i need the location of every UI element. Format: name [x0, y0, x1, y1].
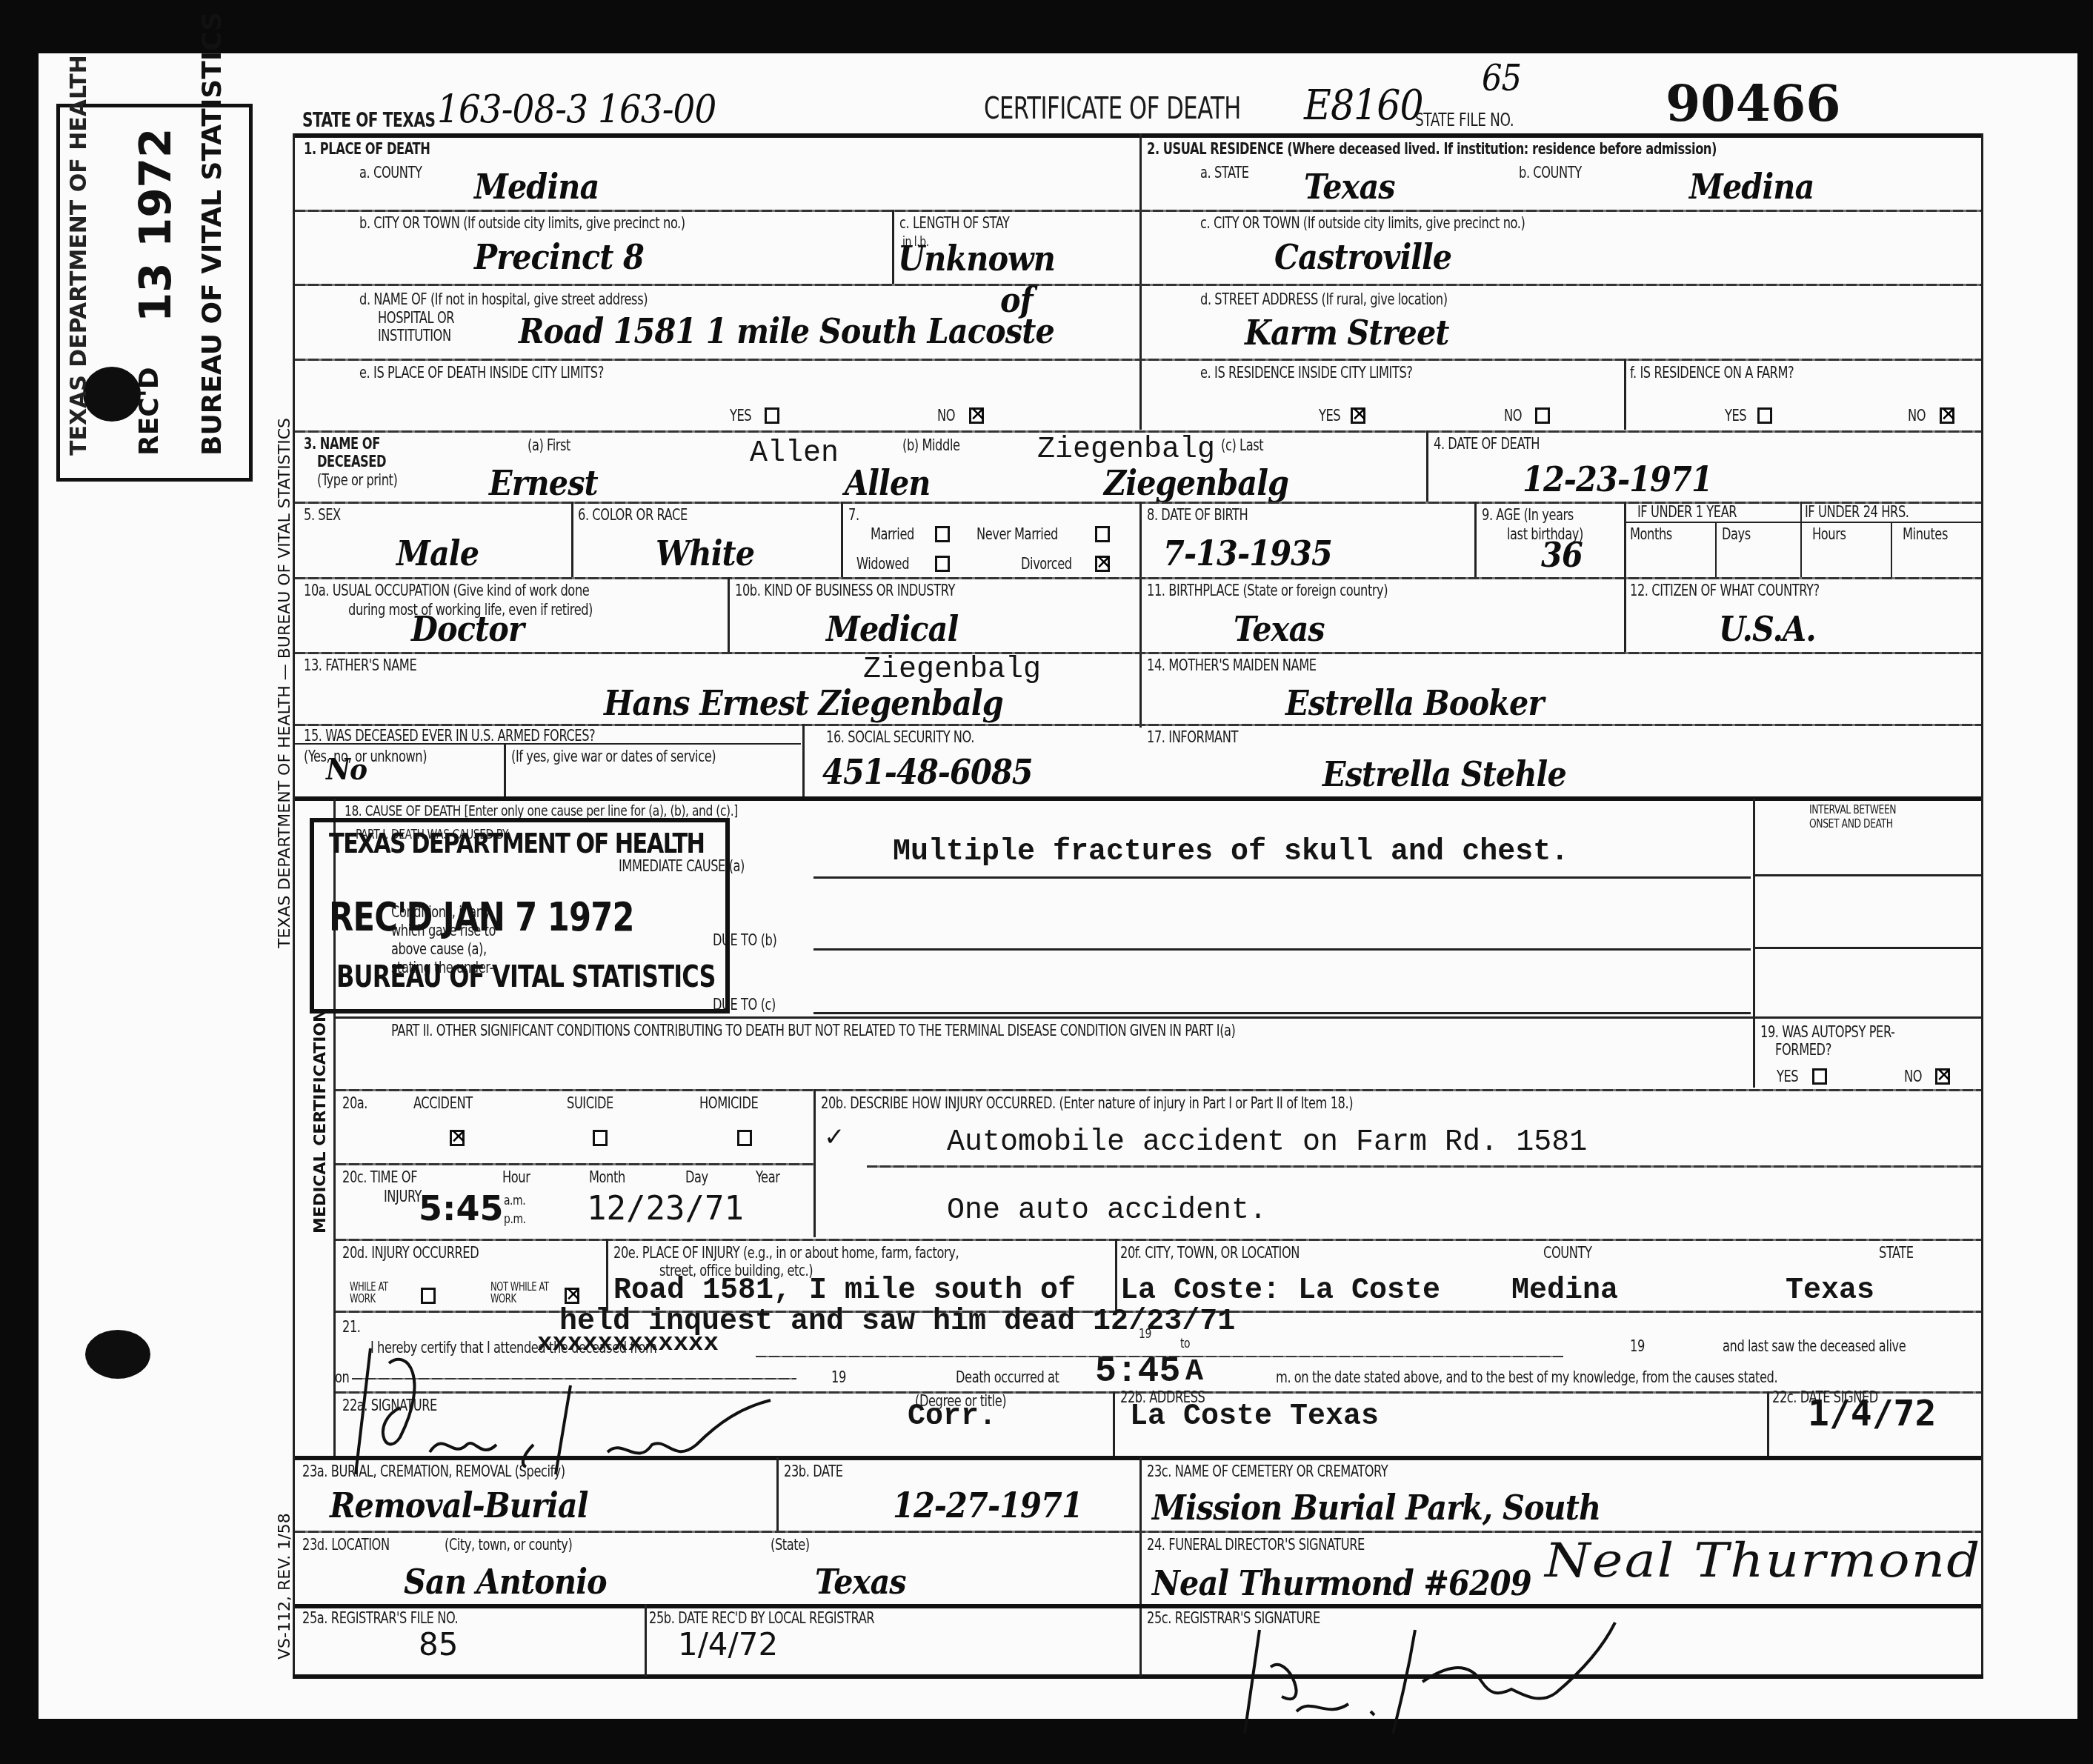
res-yes-label: YES — [1319, 407, 1340, 424]
armed-forces-value: No — [326, 752, 367, 787]
minutes-label: Minutes — [1903, 526, 1948, 542]
state-of-texas-label: STATE OF TEXAS — [302, 111, 436, 131]
stamp-date-text: 13 1972 — [130, 128, 181, 322]
interval-label-2: ONSET AND DEATH — [1809, 818, 1893, 831]
location-state-value: Texas — [815, 1562, 906, 1602]
res-farm-label: f. IS RESIDENCE ON A FARM? — [1630, 365, 1794, 381]
days-label: Days — [1722, 526, 1751, 542]
divider — [295, 1604, 1981, 1608]
time-of-injury-label-1: 20c. TIME OF — [342, 1169, 417, 1185]
cemetery-label: 23c. NAME OF CEMETERY OR CREMATORY — [1147, 1463, 1388, 1480]
res-inside-yes-checkbox[interactable] — [1351, 407, 1365, 424]
age-label-1: 9. AGE (In years — [1482, 507, 1574, 523]
form-top-border — [293, 133, 1983, 138]
cemetery-value: Mission Burial Park, South — [1152, 1488, 1600, 1528]
pod-inside-no-checkbox[interactable] — [969, 407, 984, 424]
registrar-signature — [1200, 1585, 1682, 1734]
marital-label: 7. — [848, 507, 859, 523]
divorced-checkbox[interactable] — [1095, 556, 1110, 572]
date-recd-value: 1/4/72 — [678, 1626, 778, 1663]
never-married-checkbox[interactable] — [1095, 526, 1110, 542]
death-occurred-ampm: A — [1185, 1356, 1203, 1389]
divider — [336, 1016, 1981, 1019]
divider — [295, 1456, 1981, 1460]
divider — [1193, 1356, 1563, 1357]
suicide-label: SUICIDE — [567, 1095, 613, 1111]
res-inside-no-checkbox[interactable] — [1535, 407, 1550, 424]
form-right-border — [1981, 133, 1983, 1679]
handwritten-above-note: 65 — [1482, 58, 1521, 99]
stamp-dept-text: TEXAS DEPARTMENT OF HEALTH — [66, 55, 92, 456]
state-file-number: 90466 — [1666, 74, 1841, 133]
divider — [1139, 1457, 1142, 1677]
res-street-value: Karm Street — [1245, 313, 1449, 353]
res-state-label: a. STATE — [1200, 164, 1249, 181]
autopsy-no-label: NO — [1904, 1068, 1922, 1085]
death-occurred-label: Death occurred at — [956, 1369, 1059, 1385]
first-name-value: Ernest — [489, 463, 598, 503]
homicide-label: HOMICIDE — [699, 1095, 758, 1111]
divider — [295, 359, 1981, 361]
mother-value: Estrella Booker — [1285, 683, 1543, 723]
death-occurred-value: 5:45 — [1095, 1352, 1180, 1392]
divider — [728, 577, 730, 652]
form-bottom-border — [293, 1674, 1983, 1679]
location-value: San Antonio — [404, 1562, 607, 1602]
certify-19-c: 19 — [831, 1369, 846, 1385]
first-name-label: (a) First — [528, 437, 570, 453]
under-24-hrs-label: IF UNDER 24 HRS. — [1805, 504, 1909, 520]
certify-19-b: 19 — [1630, 1338, 1645, 1354]
divider — [295, 796, 1981, 801]
divider — [295, 743, 801, 745]
divider — [504, 743, 506, 797]
dob-label: 8. DATE OF BIRTH — [1147, 507, 1248, 523]
am-label: a.m. — [504, 1194, 525, 1208]
res-inside-limits-label: e. IS RESIDENCE INSIDE CITY LIMITS? — [1200, 365, 1413, 381]
res-farm-yes-checkbox[interactable] — [1757, 407, 1772, 424]
address-value: La Coste Texas — [1130, 1400, 1379, 1434]
father-label: 13. FATHER'S NAME — [304, 657, 416, 673]
race-value: White — [656, 533, 754, 573]
injury-state-label: STATE — [1879, 1245, 1914, 1261]
not-while-at-work-label: NOT WHILE AT WORK — [490, 1282, 554, 1305]
stamp-recd-text: REC'D — [134, 367, 164, 456]
place-of-injury-label-1: 20e. PLACE OF INJURY (e.g., in or about … — [613, 1245, 959, 1261]
cause-of-death-label: 18. CAUSE OF DEATH [Enter only one cause… — [345, 803, 738, 819]
month-label: Month — [589, 1169, 625, 1185]
place-of-injury-value: Road 1581, I mile south of — [613, 1274, 1076, 1308]
divider — [1753, 874, 1981, 876]
divider — [1624, 522, 1981, 523]
father-typed-value: Ziegenbalg — [863, 653, 1041, 687]
form-left-border — [293, 133, 295, 1679]
autopsy-yes-checkbox[interactable] — [1812, 1068, 1827, 1085]
divider — [841, 502, 843, 577]
divider — [1139, 133, 1142, 430]
funeral-director-signature: Neal Thurmond — [1545, 1534, 1982, 1588]
date-recd-label: 25b. DATE REC'D BY LOCAL REGISTRAR — [649, 1610, 874, 1626]
name-label-1: 3. NAME OF — [304, 436, 380, 452]
pod-hospital-label-1: d. NAME OF (If not in hospital, give str… — [359, 291, 648, 307]
injury-type-label: 20a. — [342, 1095, 367, 1111]
birthplace-label: 11. BIRTHPLACE (State or foreign country… — [1147, 582, 1388, 599]
name-label-2: DECEASED — [317, 453, 386, 470]
suicide-checkbox[interactable] — [593, 1130, 608, 1146]
describe-injury-line-2: One auto accident. — [947, 1194, 1267, 1228]
last-name-label: (c) Last — [1221, 437, 1263, 453]
divider — [1139, 502, 1142, 728]
divider — [1891, 522, 1892, 577]
married-label: Married — [871, 526, 914, 542]
interval-label-1: INTERVAL BETWEEN — [1809, 804, 1896, 816]
pod-city-value: Precinct 8 — [474, 237, 644, 277]
divider — [1474, 502, 1477, 577]
pod-hospital-label-2: HOSPITAL OR — [378, 310, 454, 326]
months-label: Months — [1630, 526, 1672, 542]
occupation-value: Doctor — [411, 609, 524, 649]
pm-label: p.m. — [504, 1213, 526, 1227]
divider — [1800, 502, 1802, 577]
business-label: 10b. KIND OF BUSINESS OR INDUSTRY — [735, 582, 955, 599]
location-label: 23d. LOCATION — [302, 1537, 390, 1553]
divider — [813, 1012, 1751, 1014]
divider — [1426, 430, 1428, 502]
injury-county-label: COUNTY — [1543, 1245, 1591, 1261]
stamp-cause-dept: TEXAS DEPARTMENT OF HEALTH — [329, 827, 704, 859]
margin-form-rev: VS-112, REV. 1/58 — [276, 1513, 294, 1660]
pod-hospital-value: Road 1581 1 mile South Lacoste — [519, 311, 1054, 351]
divider — [813, 1089, 816, 1237]
certify-to: to — [1180, 1337, 1190, 1351]
stamp-bureau-text: BUREAU OF VITAL STATISTICS — [197, 12, 227, 456]
divider — [1113, 1391, 1115, 1457]
middle-name-value: Allen — [845, 463, 931, 503]
divider — [645, 1604, 647, 1677]
divider — [571, 502, 573, 577]
divider — [295, 210, 1139, 212]
pod-city-label: b. CITY OR TOWN (If outside city limits,… — [359, 215, 685, 231]
describe-injury-line-1: Automobile accident on Farm Rd. 1581 — [947, 1126, 1587, 1159]
informant-label: 17. INFORMANT — [1147, 729, 1238, 745]
res-county-label: b. COUNTY — [1519, 164, 1582, 181]
divider — [776, 1457, 779, 1531]
time-of-injury-label-2: INJURY — [384, 1188, 422, 1205]
last-saw-text: and last saw the deceased alive — [1723, 1338, 1906, 1354]
date-of-death-label: 4. DATE OF DEATH — [1434, 436, 1540, 452]
divider — [1624, 502, 1626, 577]
res-state-value: Texas — [1304, 167, 1395, 207]
autopsy-no-checkbox[interactable] — [1935, 1068, 1950, 1085]
res-farm-no-label: NO — [1908, 407, 1926, 424]
divider — [336, 1239, 1981, 1241]
stamp-cause-date: REC'D JAN 7 1972 — [329, 893, 634, 940]
divider — [813, 876, 1751, 879]
burial-date-value: 12-27-1971 — [893, 1485, 1082, 1525]
dob-value: 7-13-1935 — [1163, 533, 1332, 573]
injury-state-value: Texas — [1786, 1274, 1874, 1308]
race-label: 6. COLOR OR RACE — [578, 507, 688, 523]
res-farm-no-checkbox[interactable] — [1940, 407, 1954, 424]
injury-date-value: 12/23/71 — [587, 1190, 744, 1228]
divider — [1624, 359, 1626, 430]
registrar-file-value: 85 — [419, 1626, 458, 1663]
accident-checkbox[interactable] — [450, 1130, 465, 1146]
state-sub-label: (State) — [771, 1537, 810, 1553]
burial-value: Removal-Burial — [330, 1485, 588, 1525]
citizen-value: U.S.A. — [1719, 609, 1816, 649]
widowed-label: Widowed — [856, 556, 909, 572]
punch-hole-bottom — [85, 1330, 150, 1379]
stamp-cause-bureau: BUREAU OF VITAL STATISTICS — [336, 960, 716, 994]
place-of-death-label: 1. PLACE OF DEATH — [304, 141, 430, 157]
divider — [1715, 522, 1717, 577]
homicide-checkbox[interactable] — [737, 1130, 752, 1146]
divorced-label: Divorced — [1021, 556, 1072, 572]
while-at-work-checkbox[interactable] — [421, 1288, 436, 1304]
immediate-cause-value: Multiple fractures of skull and chest. — [893, 836, 1568, 869]
ssn-value: 451-48-6085 — [822, 752, 1033, 792]
business-value: Medical — [826, 609, 958, 649]
ssn-label: 16. SOCIAL SECURITY NO. — [826, 729, 974, 745]
burial-date-label: 23b. DATE — [784, 1463, 843, 1480]
injury-city-label: 20f. CITY, TOWN, OR LOCATION — [1120, 1245, 1300, 1261]
citizen-label: 12. CITIZEN OF WHAT COUNTRY? — [1630, 582, 1820, 599]
divider — [295, 724, 1981, 726]
res-city-value: Castroville — [1274, 237, 1451, 277]
father-value: Hans Ernest Ziegenbalg — [604, 683, 1003, 723]
year-label: Year — [756, 1169, 779, 1185]
divider — [295, 577, 1981, 579]
divider — [1624, 577, 1626, 652]
certify-tail-text: m. on the date stated above, and to the … — [1276, 1369, 1777, 1385]
certify-num: 21. — [342, 1319, 361, 1335]
divider — [295, 1531, 1981, 1533]
degree-value: Corr. — [908, 1400, 996, 1434]
divider — [1139, 284, 1981, 286]
hour-label: Hour — [502, 1169, 530, 1185]
widowed-checkbox[interactable] — [935, 556, 950, 572]
mother-label: 14. MOTHER'S MAIDEN NAME — [1147, 657, 1317, 673]
divider — [336, 1089, 1981, 1091]
never-married-label: Never Married — [976, 526, 1058, 542]
location-sub-label: (City, town, or county) — [445, 1537, 572, 1553]
middle-name-label: (b) Middle — [902, 437, 960, 453]
res-farm-yes-label: YES — [1725, 407, 1746, 424]
while-at-work-label: WHILE AT WORK — [350, 1282, 401, 1305]
medical-certification-label: MEDICAL CERTIFICATION — [311, 1008, 330, 1234]
typed-middle-name: Allen — [750, 437, 839, 470]
divider — [606, 1239, 608, 1311]
residence-label: 2. USUAL RESIDENCE (Where deceased lived… — [1147, 141, 1717, 157]
divider — [813, 948, 1751, 951]
divider — [1767, 1391, 1769, 1457]
informant-value: Estrella Stehle — [1322, 754, 1566, 794]
typed-last-name: Ziegenbalg — [1037, 433, 1215, 467]
divider — [1753, 947, 1981, 949]
pod-county-value: Medina — [474, 167, 599, 207]
res-no-label: NO — [1504, 407, 1522, 424]
hours-label: Hours — [1812, 526, 1846, 542]
time-of-injury-value: 5:45 — [419, 1188, 503, 1228]
divider — [802, 724, 805, 797]
divider — [336, 1163, 813, 1165]
armed-forces-label: 15. WAS DECEASED EVER IN U.S. ARMED FORC… — [304, 728, 595, 744]
sex-value: Male — [396, 533, 479, 573]
margin-dept-text: TEXAS DEPARTMENT OF HEALTH — BUREAU OF V… — [276, 418, 294, 948]
occupation-label-1: 10a. USUAL OCCUPATION (Give kind of work… — [304, 582, 589, 599]
handwritten-title-note: E8160 — [1304, 81, 1423, 130]
autopsy-yes-label: YES — [1777, 1068, 1798, 1085]
pod-no-label: NO — [937, 407, 955, 424]
res-street-label: d. STREET ADDRESS (If rural, give locati… — [1200, 291, 1448, 307]
not-while-at-work-checkbox[interactable] — [565, 1288, 579, 1304]
funeral-director-label: 24. FUNERAL DIRECTOR'S SIGNATURE — [1147, 1537, 1365, 1553]
pod-stay-value: Unknown — [898, 239, 1055, 279]
day-label: Day — [685, 1169, 708, 1185]
date-of-death-value: 12-23-1971 — [1523, 459, 1712, 499]
injury-county-value: Medina — [1511, 1274, 1618, 1308]
divider — [867, 1165, 1981, 1168]
part2-label: PART II. OTHER SIGNIFICANT CONDITIONS CO… — [391, 1022, 1236, 1039]
received-stamp-cause: TEXAS DEPARTMENT OF HEALTH REC'D JAN 7 1… — [310, 818, 730, 1014]
married-checkbox[interactable] — [935, 526, 950, 542]
divider — [295, 430, 1981, 433]
certify-19-a: 19 — [1139, 1328, 1151, 1342]
divider — [892, 210, 894, 284]
registrar-file-label: 25a. REGISTRAR'S FILE NO. — [302, 1610, 458, 1626]
pod-inside-limits-label: e. IS PLACE OF DEATH INSIDE CITY LIMITS? — [359, 365, 604, 381]
pod-stay-label: c. LENGTH OF STAY — [899, 215, 1009, 231]
armed-forces-sub-2: (If yes, give war or dates of service) — [511, 748, 716, 765]
birthplace-value: Texas — [1234, 609, 1325, 649]
injury-occurred-label: 20d. INJURY OCCURRED — [342, 1245, 479, 1261]
under-1-year-label: IF UNDER 1 YEAR — [1637, 504, 1737, 520]
burial-label: 23a. BURIAL, CREMATION, REMOVAL (Specify… — [302, 1463, 565, 1480]
res-city-label: c. CITY OR TOWN (If outside city limits,… — [1200, 215, 1525, 231]
pod-county-label: a. COUNTY — [359, 164, 422, 181]
age-value: 36 — [1541, 535, 1583, 575]
divider — [295, 652, 1981, 654]
injury-city-value: La Coste: La Coste — [1120, 1274, 1440, 1308]
handwritten-codes: 163-08-3 163-00 — [437, 87, 716, 132]
check-mark-icon: ✓ — [824, 1122, 845, 1152]
pod-inside-yes-checkbox[interactable] — [765, 407, 779, 424]
pod-yes-label: YES — [730, 407, 751, 424]
last-name-value: Ziegenbalg — [1104, 463, 1288, 503]
divider — [1753, 799, 1755, 1088]
describe-injury-label: 20b. DESCRIBE HOW INJURY OCCURRED. (Ente… — [821, 1095, 1353, 1111]
divider — [1139, 210, 1981, 212]
res-county-value: Medina — [1689, 167, 1814, 207]
received-stamp-top: TEXAS DEPARTMENT OF HEALTH REC'D 13 1972… — [56, 104, 253, 482]
name-label-3: (Type or print) — [317, 472, 397, 488]
pod-hospital-label-3: INSTITUTION — [378, 327, 451, 344]
divider — [1115, 1239, 1117, 1311]
autopsy-label-1: 19. WAS AUTOPSY PER- — [1760, 1024, 1894, 1040]
state-file-label: STATE FILE NO. — [1415, 111, 1514, 130]
date-signed-value: 1/4/72 — [1808, 1393, 1936, 1434]
accident-label: ACCIDENT — [413, 1095, 473, 1111]
autopsy-label-2: FORMED? — [1775, 1042, 1831, 1058]
sex-label: 5. SEX — [304, 507, 341, 523]
certificate-title: CERTIFICATE OF DEATH — [984, 93, 1241, 124]
